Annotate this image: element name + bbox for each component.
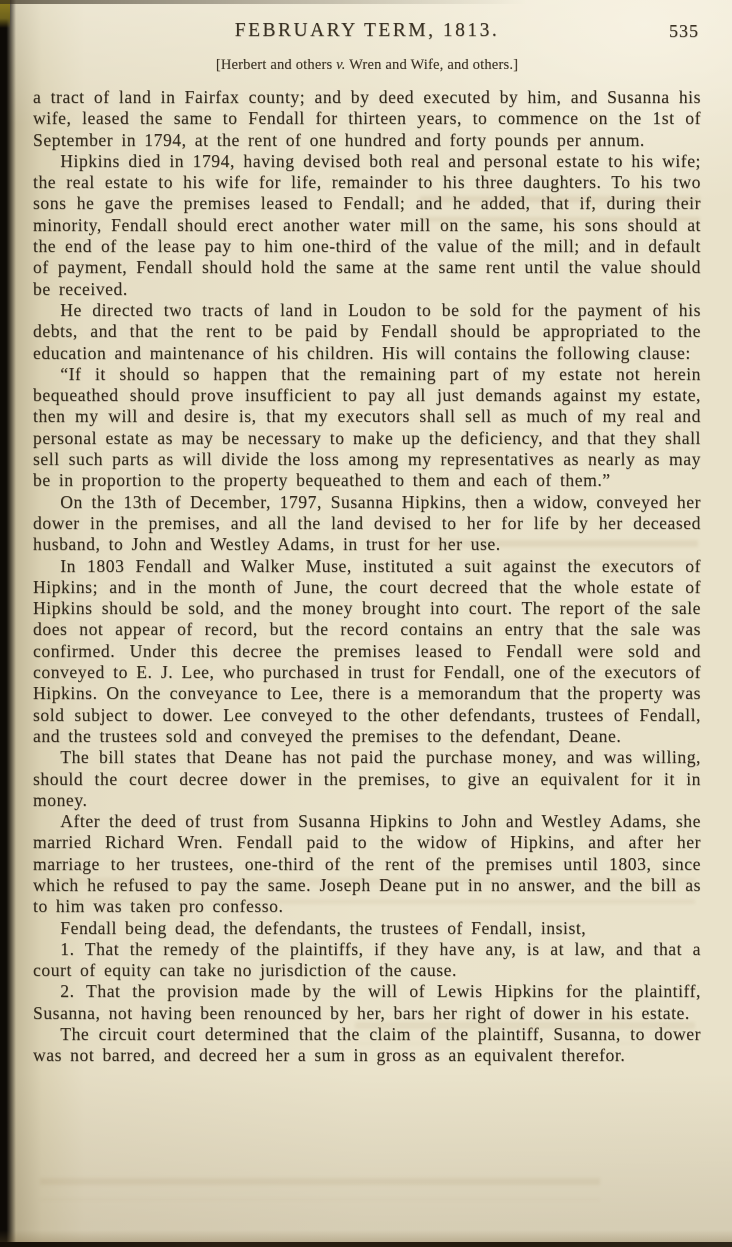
case-caption-pre: [Herbert and others bbox=[216, 57, 336, 73]
case-caption-versus: v. bbox=[336, 57, 345, 73]
paragraph-numbered-2: 2. That the provision made by the will o… bbox=[33, 981, 701, 1024]
running-head: FEBRUARY TERM, 1813. bbox=[235, 20, 500, 41]
paragraph: In 1803 Fendall and Walker Muse, institu… bbox=[33, 556, 701, 748]
paragraph: The bill states that Deane has not paid … bbox=[33, 747, 701, 811]
binding-gutter-shadow bbox=[0, 0, 16, 1247]
paragraph: Fendall being dead, the defendants, the … bbox=[33, 918, 701, 939]
page-corner-mark bbox=[0, 0, 10, 28]
opinion-text: a tract of land in Fairfax county; and b… bbox=[33, 87, 701, 1067]
paragraph: On the 13th of December, 1797, Susanna H… bbox=[33, 492, 701, 556]
page-content: FEBRUARY TERM, 1813. 535 [Herbert and ot… bbox=[33, 20, 701, 1067]
showthrough-smudge bbox=[40, 1178, 600, 1200]
page-top-edge bbox=[0, 0, 732, 4]
paragraph-will-quote: “If it should so happen that the remaini… bbox=[33, 364, 701, 492]
paragraph: Hipkins died in 1794, having devised bot… bbox=[33, 151, 701, 300]
case-caption-post: Wren and Wife, and others.] bbox=[346, 57, 519, 73]
paragraph: He directed two tracts of land in Loudon… bbox=[33, 300, 701, 364]
page-number: 535 bbox=[669, 21, 699, 42]
paragraph: After the deed of trust from Susanna Hip… bbox=[33, 811, 701, 917]
paragraph-numbered-1: 1. That the remedy of the plaintiffs, if… bbox=[33, 939, 701, 982]
paragraph-continuation: a tract of land in Fairfax county; and b… bbox=[33, 87, 701, 151]
case-caption: [Herbert and others v. Wren and Wife, an… bbox=[33, 57, 701, 74]
page-header: FEBRUARY TERM, 1813. 535 bbox=[33, 20, 701, 42]
paragraph: The circuit court determined that the cl… bbox=[33, 1024, 701, 1067]
page-bottom-edge bbox=[0, 1242, 732, 1247]
scanned-book-page: { "header": { "running_head": "FEBRUARY … bbox=[0, 0, 732, 1247]
